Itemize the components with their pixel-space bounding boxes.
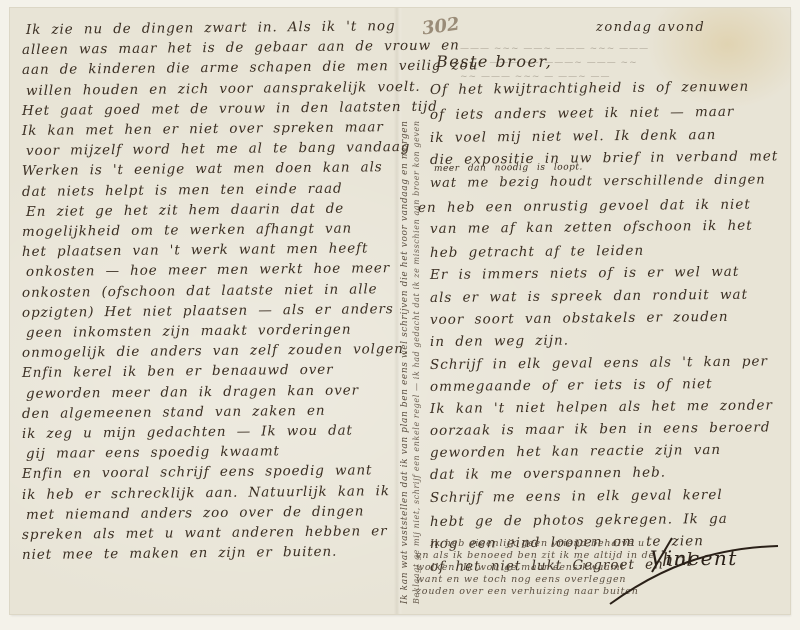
text-line: oorzaak is maar ik ben in eens beroerd — [430, 419, 771, 439]
text-line: ik zeg u mijn gedachten — Ik wou dat — [22, 423, 353, 442]
margin-note: Beklaagt ge mij niet, schrijf een enkele… — [412, 4, 421, 604]
text-line: of iets anders weet ik niet — maar — [430, 104, 734, 123]
text-line: met niemand anders zoo over de dingen — [26, 503, 365, 523]
text-line: mogelijkheid om te werken afhangt van — [22, 221, 352, 240]
text-line: hebt ge de photos gekregen. Ik ga — [430, 511, 728, 530]
text-line: en heb een onrustig gevoel dat ik niet — [418, 196, 751, 215]
text-line: Schrijf me eens in elk geval kerel — [430, 487, 723, 506]
text-line: Het gaat goed met de vrouw in den laatst… — [22, 98, 438, 118]
text-line: heb getracht af te leiden — [430, 243, 644, 261]
text-line: ik heb er schrecklijk aan. Natuurlijk ka… — [22, 483, 390, 503]
text-line: Enfin en vooral schrijf eens spoedig wan… — [22, 463, 372, 483]
text-line: Enfin kerel ik ben er benaauwd over — [22, 362, 334, 381]
text-line: Schrijf in elk geval eens als 't kan per — [430, 354, 768, 374]
text-line: dat niets helpt is men ten einde raad — [22, 180, 343, 199]
text-line: Ik kan 't niet helpen als het me zonder — [430, 398, 773, 418]
text-line: in den weg zijn. — [430, 332, 569, 349]
text-line: Of het kwijtrachtigheid is of zenuwen — [430, 79, 749, 98]
text-line: geen inkomsten zijn maakt vorderingen — [26, 322, 352, 341]
text-line: Ik kan met hen er niet over spreken maar — [22, 119, 384, 139]
archive-number: 302 — [421, 13, 461, 39]
signature-flourish — [600, 528, 780, 608]
text-line: wat me bezig houdt verschillende dingen — [430, 172, 766, 191]
text-line: voor mijzelf word het me al te bang vand… — [26, 139, 410, 159]
text-line: En ziet ge het zit hem daarin dat de — [26, 200, 344, 219]
text-line: alleen was maar het is de gebaar aan de … — [22, 38, 460, 59]
letter-date: zondag avond — [596, 20, 705, 35]
postscript-line: want en we toch nog eens overleggen — [416, 574, 626, 585]
text-line: het plaatsen van 't werk want men heeft — [22, 241, 368, 261]
text-line: Werken is 't eenige wat men doen kan als — [22, 160, 383, 180]
text-line: den algemeenen stand van zaken en — [22, 403, 326, 422]
text-line: ik voel mij niet wel. Ik denk aan — [430, 127, 716, 146]
text-line: niet mee te maken en zijn er buiten. — [22, 544, 337, 563]
letter-sheet: Ik zie nu de dingen zwart in. Als ik 't … — [10, 8, 790, 614]
text-line: ommegaande of er iets is of niet — [430, 376, 713, 395]
text-line: onmogelijk die anders van zelf zouden vo… — [22, 341, 409, 361]
text-line: willen houden en zich voor aansprakelijk… — [26, 78, 421, 98]
text-line: als er wat is spreek dan ronduit wat — [430, 287, 748, 306]
text-line: Ik zie nu de dingen zwart in. Als ik 't … — [26, 18, 396, 38]
text-line: dat ik me overspannen heb. — [430, 464, 666, 482]
margin-note: Ik kan wat vaststellen dat ik van plan b… — [400, 4, 410, 604]
text-line: meer dan noodig is loopt. — [434, 163, 583, 175]
right-page: 302 zondag avond ——— ~~~ ——~ ——— ~~~ ———… — [400, 8, 790, 614]
text-line: geworden meer dan ik dragen kan over — [26, 382, 359, 401]
text-line: onkosten — hoe meer men werkt hoe meer — [26, 261, 390, 281]
text-line: gij maar eens spoedig kwaamt — [26, 444, 280, 463]
text-line: opzigten) Het niet plaatsen — als er and… — [22, 301, 394, 321]
text-line: Er is immers niets of is er wel wat — [430, 263, 739, 282]
text-line: spreken als met u want anderen hebben er — [22, 523, 388, 543]
text-line: onkosten (ofschoon dat laatste niet in a… — [22, 281, 378, 301]
postscript-line: wolken. Ik wou ge maar eens kwaamt — [416, 562, 625, 573]
text-line: van me af kan zetten ofschoon ik het — [430, 218, 753, 237]
left-page: Ik zie nu de dingen zwart in. Als ik 't … — [10, 8, 394, 614]
text-line: geworden het kan reactie zijn van — [430, 442, 721, 461]
salutation: Beste broer, — [436, 52, 552, 71]
text-line: voor soort van obstakels er zouden — [430, 309, 729, 328]
